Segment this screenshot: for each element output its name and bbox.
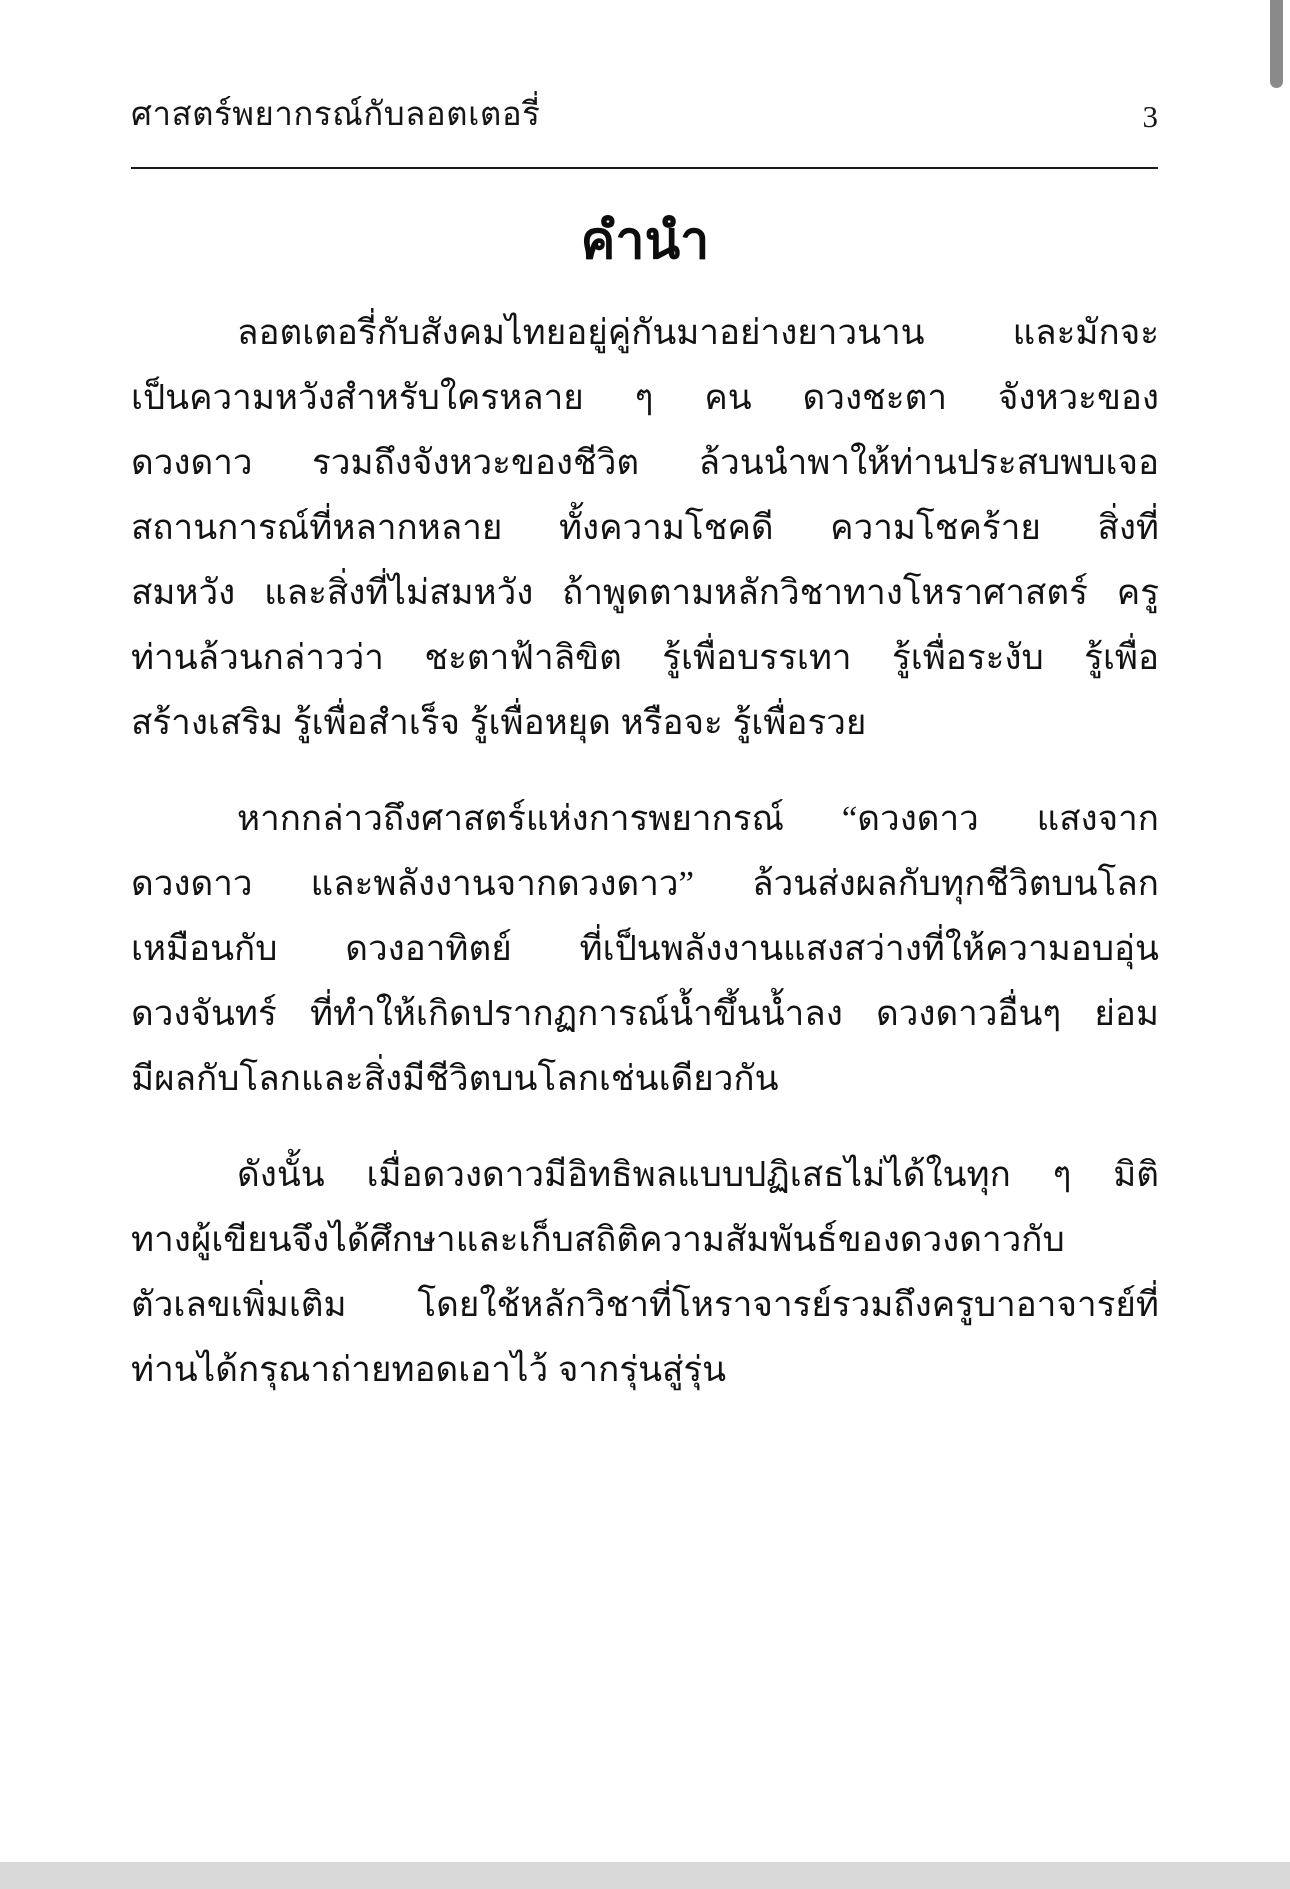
paragraph: ดังนั้น เมื่อดวงดาวมีอิทธิพลแบบปฏิเสธไม่…: [131, 1142, 1159, 1402]
text-line: ดวงจันทร์ ที่ทำให้เกิดปรากฏการณ์น้ำขึ้นน…: [131, 981, 1159, 1046]
text-line: ท่านได้กรุณาถ่ายทอดเอาไว้ จากรุ่นสู่รุ่น: [131, 1337, 1159, 1402]
document-page: ศาสตร์พยากรณ์กับลอตเตอรี่ 3 คำนำ ลอตเตอร…: [0, 0, 1290, 1889]
paragraph: หากกล่าวถึงศาสตร์แห่งการพยากรณ์ “ดวงดาว …: [131, 786, 1159, 1111]
text-line: ทางผู้เขียนจึงได้ศึกษาและเก็บสถิติความสั…: [131, 1207, 1159, 1272]
text-line: สร้างเสริม รู้เพื่อสำเร็จ รู้เพื่อหยุด ห…: [131, 690, 1159, 755]
text-line: ดวงดาว และพลังงานจากดวงดาว” ล้วนส่งผลกับ…: [131, 851, 1159, 916]
text-line: เป็นความหวังสำหรับใครหลาย ๆ คน ดวงชะตา จ…: [131, 365, 1159, 430]
text-line: สถานการณ์ที่หลากหลาย ทั้งความโชคดี ความโ…: [131, 495, 1159, 560]
text-line: มีผลกับโลกและสิ่งมีชีวิตบนโลกเช่นเดียวกั…: [131, 1046, 1159, 1111]
scrollbar-thumb[interactable]: [1270, 0, 1283, 88]
text-line: ดวงดาว รวมถึงจังหวะของชีวิต ล้วนนำพาให้ท…: [131, 430, 1159, 495]
page-body: ลอตเตอรี่กับสังคมไทยอยู่คู่กันมาอย่างยาว…: [131, 300, 1159, 1433]
text-line: หากกล่าวถึงศาสตร์แห่งการพยากรณ์ “ดวงดาว …: [131, 786, 1159, 851]
page-number: 3: [1143, 98, 1159, 135]
text-line: ท่านล้วนกล่าวว่า ชะตาฟ้าลิขิต รู้เพื่อบร…: [131, 625, 1159, 690]
text-line: สมหวัง และสิ่งที่ไม่สมหวัง ถ้าพูดตามหลัก…: [131, 560, 1159, 625]
header-divider: [131, 167, 1158, 169]
paragraph: ลอตเตอรี่กับสังคมไทยอยู่คู่กันมาอย่างยาว…: [131, 300, 1159, 755]
chapter-heading: คำนำ: [0, 198, 1290, 281]
text-line: ลอตเตอรี่กับสังคมไทยอยู่คู่กันมาอย่างยาว…: [131, 300, 1159, 365]
text-line: ดังนั้น เมื่อดวงดาวมีอิทธิพลแบบปฏิเสธไม่…: [131, 1142, 1159, 1207]
text-line: เหมือนกับ ดวงอาทิตย์ ที่เป็นพลังงานแสงสว…: [131, 916, 1159, 981]
bottom-bar: [0, 1862, 1290, 1889]
header-book-title: ศาสตร์พยากรณ์กับลอตเตอรี่: [131, 96, 540, 136]
running-header: ศาสตร์พยากรณ์กับลอตเตอรี่ 3: [131, 96, 1158, 136]
text-line: ตัวเลขเพิ่มเติม โดยใช้หลักวิชาที่โหราจาร…: [131, 1272, 1159, 1337]
